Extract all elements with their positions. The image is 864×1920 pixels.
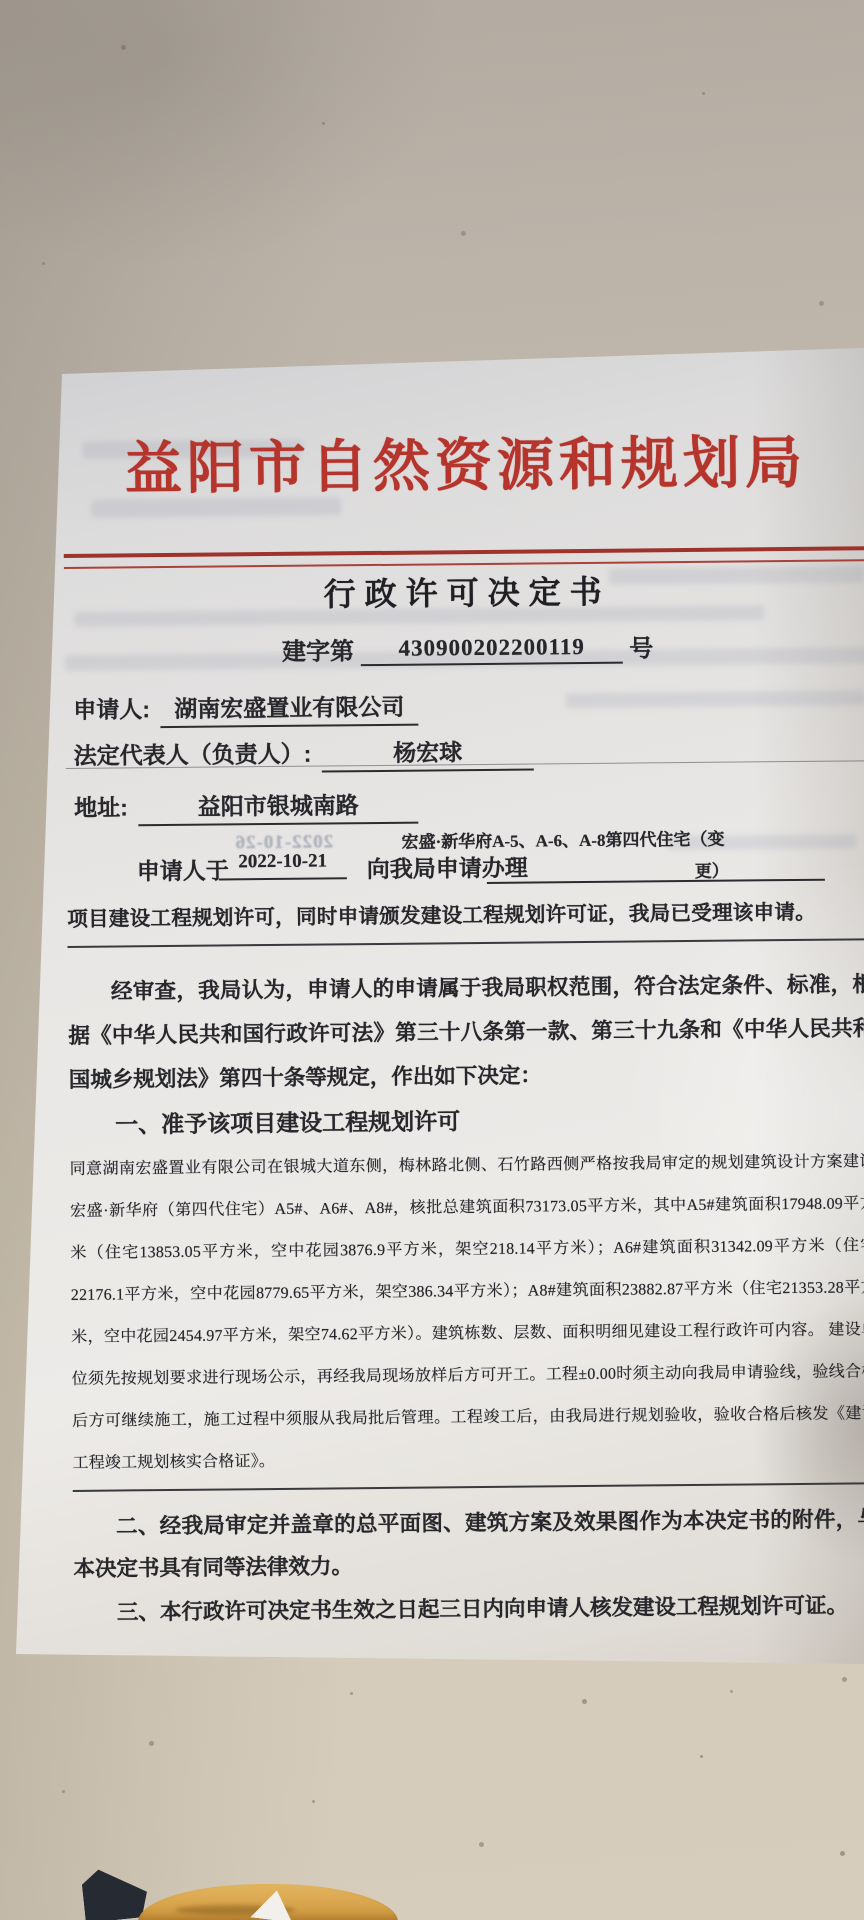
applicant-value: 湖南宏盛置业有限公司 [160, 689, 418, 728]
application-prefix: 申请人于 [137, 852, 229, 886]
section-divider-rule [68, 938, 864, 948]
legal-representative-row: 法定代表人（负责人）: 杨宏球 [74, 733, 534, 774]
document-page: 2022-10-26 益阳市自然资源和规划局 行政许可决定书 建字第 43090… [10, 348, 864, 1668]
applicant-label: 申请人: [73, 696, 150, 723]
document-content: 2022-10-26 益阳市自然资源和规划局 行政许可决定书 建字第 43090… [62, 364, 864, 1662]
address-label: 地址: [74, 794, 128, 821]
applicant-row: 申请人: 湖南宏盛置业有限公司 [73, 689, 418, 729]
agency-title: 益阳市自然资源和规划局 [62, 416, 864, 506]
wall-speckles [0, 0, 3, 3]
receipt-statement: 项目建设工程规划许可，同时申请颁发建设工程规划许可证，我局已受理该申请。 [67, 895, 827, 932]
project-name-line2: 更） [695, 857, 729, 882]
decision-two: 二、经我局审定并盖章的总平面图、建筑方案及效果图作为本决定书的附件，与本决定书具… [73, 1498, 864, 1590]
address-value: 益阳市银城南路 [138, 787, 418, 827]
application-middle: 向我局申请办理 [367, 850, 528, 885]
doc-number-suffix: 号 [629, 635, 653, 662]
application-date: 2022-10-21 [219, 850, 347, 880]
decision-one-body: 同意湖南宏盛置业有限公司在银城大道东侧，梅林路北侧、石竹路西侧严格按我局审定的规… [69, 1141, 864, 1485]
review-paragraph: 经审查，我局认为，申请人的申请属于我局职权范围，符合法定条件、标准，根据《中华人… [68, 962, 864, 1102]
project-name-line1: 宏盛·新华府A-5、A-6、A-8第四代住宅（变 [401, 824, 831, 853]
photo-of-document: 2022-10-26 益阳市自然资源和规划局 行政许可决定书 建字第 43090… [0, 0, 864, 1920]
dark-object [80, 1865, 149, 1920]
doc-number-value: 430900202200119 [361, 634, 623, 667]
decision-three: 三、本行政许可决定书生效之日起三日内向申请人核发建设工程规划许可证。 [74, 1584, 864, 1634]
project-name-underline [487, 879, 825, 884]
document-title: 行政许可决定书 [64, 564, 864, 618]
address-row: 地址: 益阳市银城南路 [74, 787, 418, 827]
doc-number-prefix: 建字第 [282, 638, 354, 666]
legal-representative-label: 法定代表人（负责人）: [74, 741, 312, 769]
bleedthrough-smudge [565, 690, 864, 708]
legal-representative-value: 杨宏球 [322, 733, 534, 772]
decision-one-title: 一、准予该项目建设工程规划许可 [69, 1099, 864, 1140]
